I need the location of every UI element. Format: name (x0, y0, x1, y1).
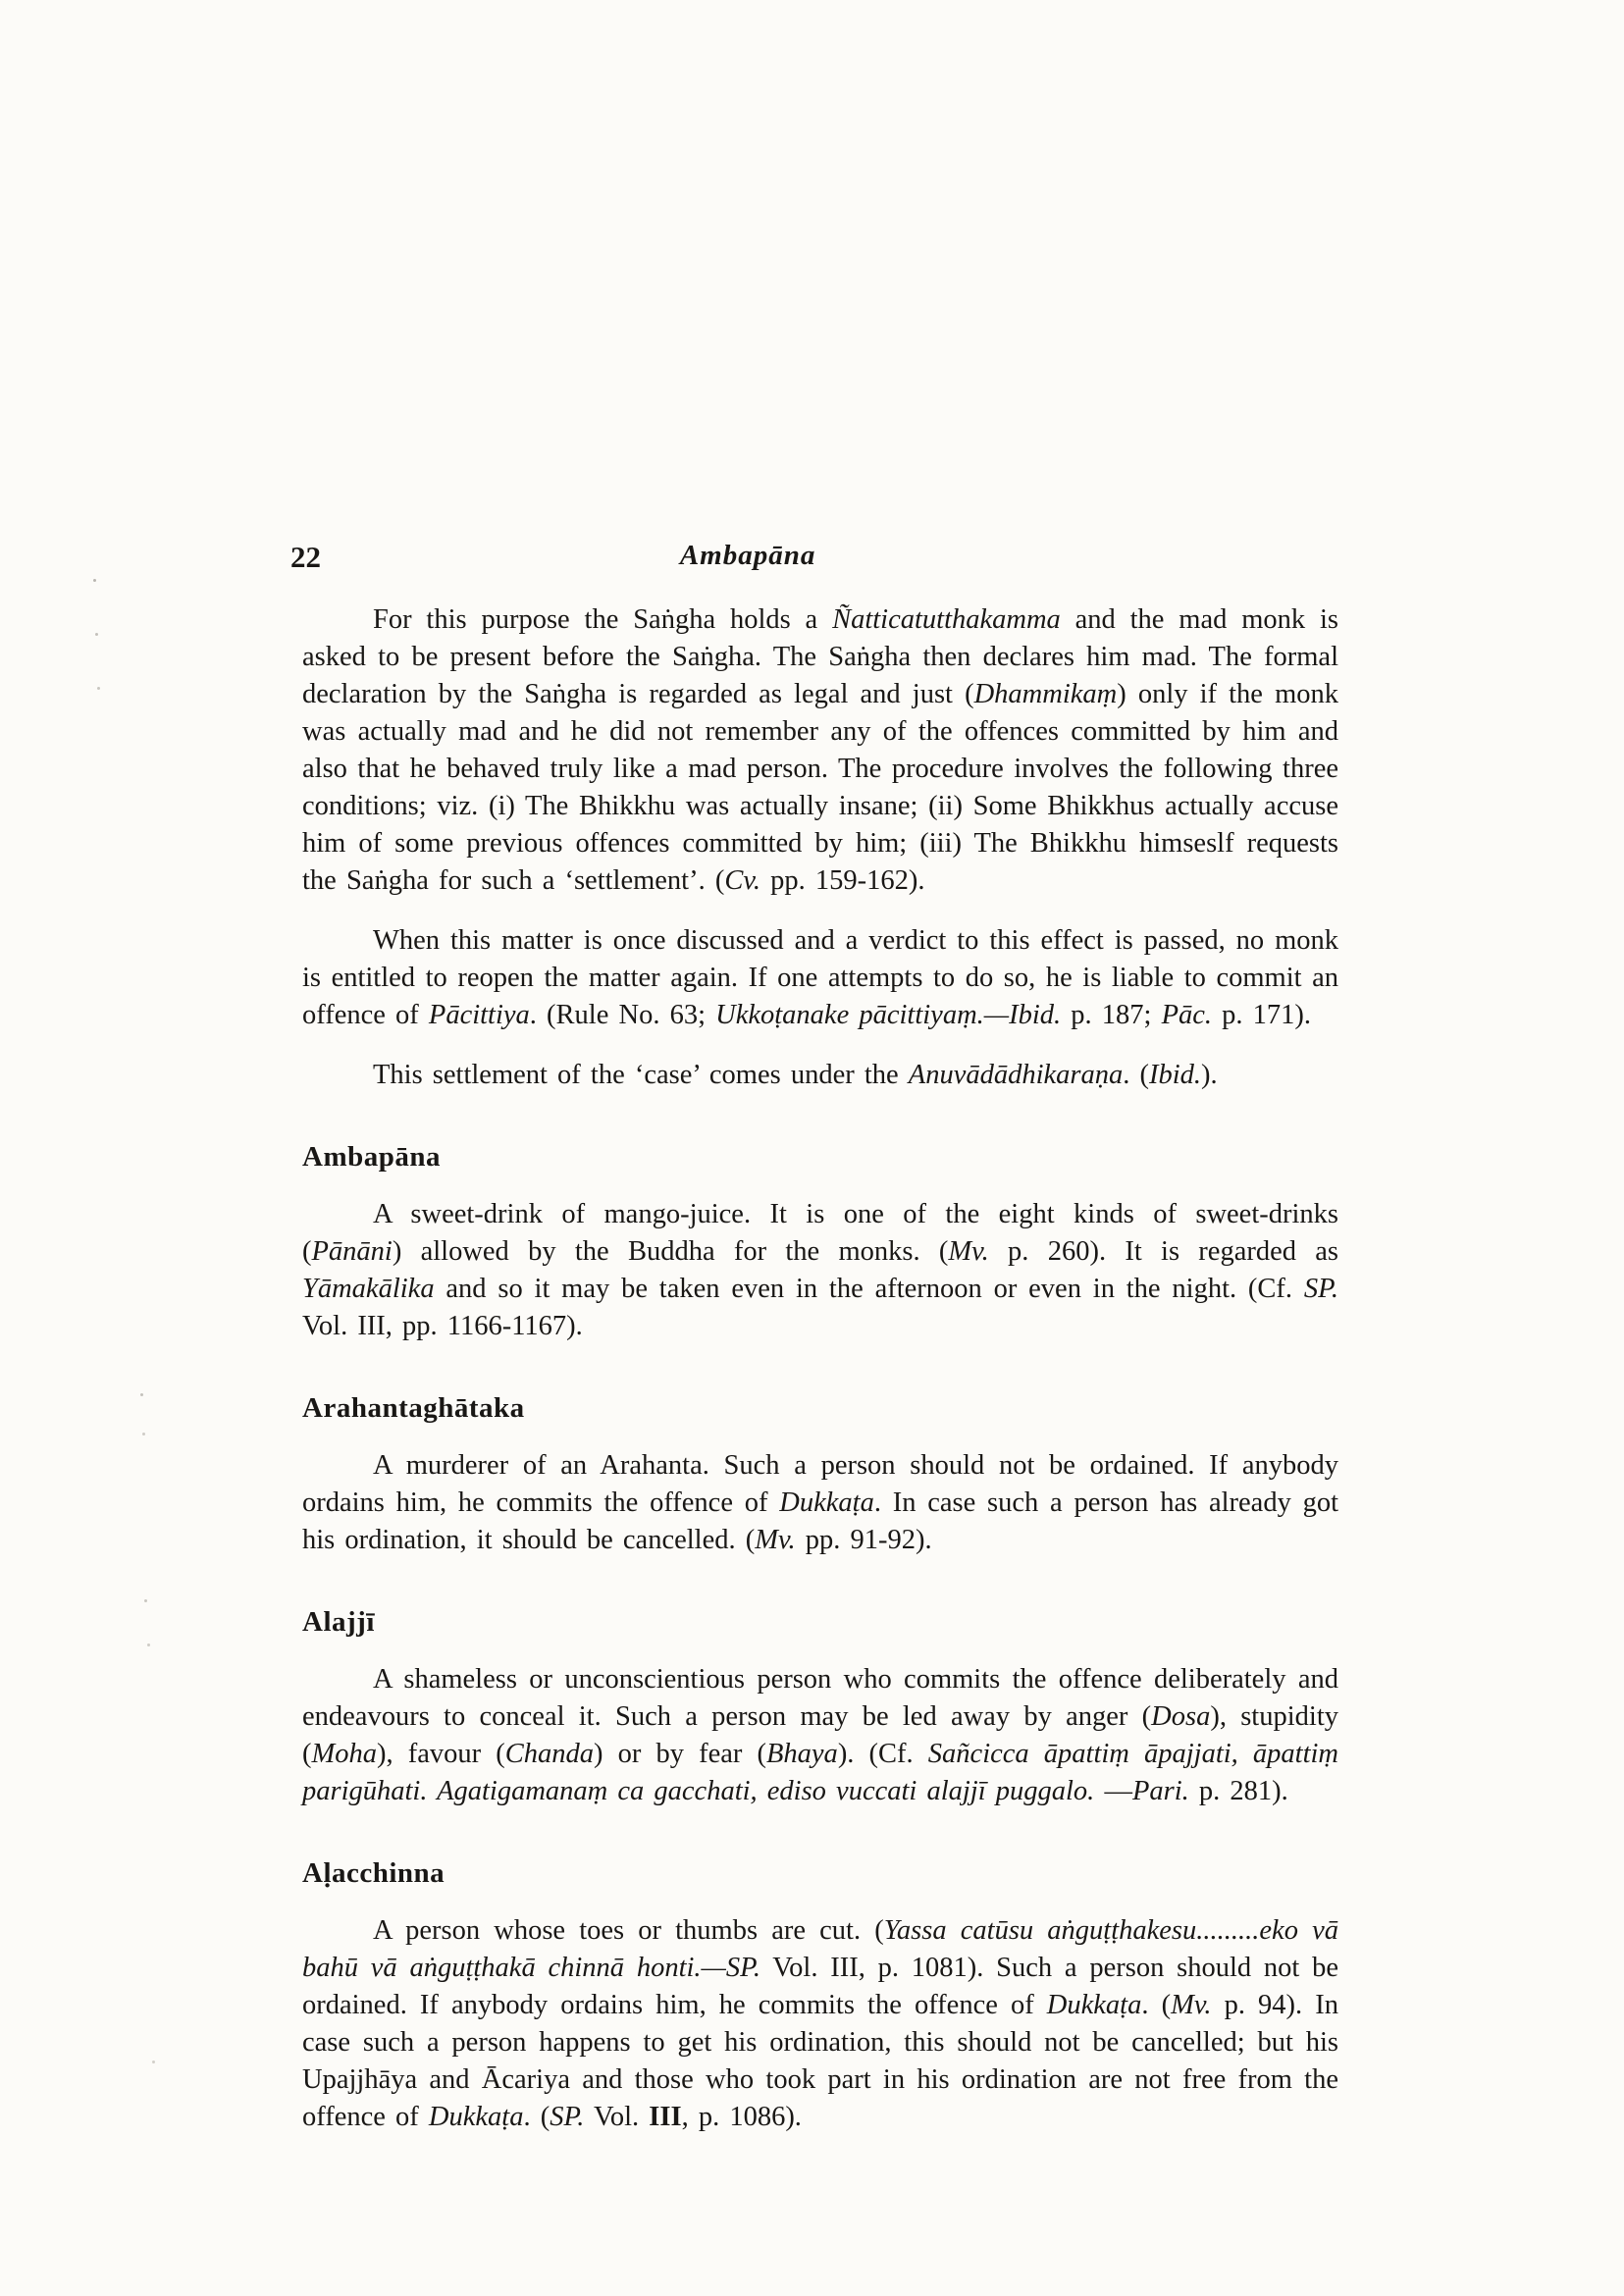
text-segment: Cv. (724, 865, 760, 896)
text-segment: p. 260). It is regarded as (989, 1236, 1338, 1267)
text-segment: Ukkoṭanake pācittiyaṃ.—Ibid. (715, 1000, 1061, 1030)
text-segment: Ñatticatutthakamma (832, 604, 1061, 635)
running-head: Ambapāna (680, 540, 816, 572)
text-segment: For this purpose the Saṅgha holds a (373, 604, 832, 635)
text-segment: Ibid. (1149, 1060, 1201, 1090)
entry-heading-alacchinna: Aḷacchinna (302, 1857, 1338, 1890)
text-segment: Vol. (584, 2102, 649, 2132)
text-segment: Mv. (755, 1525, 795, 1555)
text-segment: A person whose toes or thumbs are cut. ( (373, 1915, 884, 1946)
text-segment: ) only if the monk was actually mad and … (302, 679, 1338, 896)
text-segment: , p. 1086). (682, 2102, 802, 2132)
paragraph-madness-procedure: For this purpose the Saṅgha holds a Ñatt… (302, 601, 1338, 900)
text-segment: p. 171). (1212, 1000, 1311, 1030)
text-segment: p. 281). (1189, 1776, 1288, 1806)
entry-heading-arahantaghataka: Arahantaghātaka (302, 1392, 1338, 1425)
paragraph-case-category: This settlement of the ‘case’ comes unde… (302, 1057, 1338, 1094)
text-segment: and so it may be taken even in the after… (435, 1274, 1304, 1304)
entry-body-arahantaghataka: A murderer of an Arahanta. Such a person… (302, 1447, 1338, 1559)
entry-heading-ambapana: Ambapāna (302, 1141, 1338, 1174)
entry-body-alajji: A shameless or unconscientious person wh… (302, 1661, 1338, 1810)
text-segment: ). (Cf. (838, 1739, 928, 1769)
text-segment: . ( (523, 2102, 550, 2132)
text-segment: Chanda (505, 1739, 594, 1769)
entry-body-alacchinna: A person whose toes or thumbs are cut. (… (302, 1912, 1338, 2136)
text-segment: Anuvādādhikaraṇa (909, 1060, 1123, 1090)
text-segment: p. 187; (1061, 1000, 1161, 1030)
text-segment: SP. (1304, 1274, 1338, 1304)
text-segment: pp. 159-162). (760, 865, 924, 896)
text-segment: Dukkaṭa (779, 1487, 874, 1518)
text-segment: ). (1201, 1060, 1218, 1090)
text-segment: Pāc. (1162, 1000, 1212, 1030)
text-segment: Moha (312, 1739, 378, 1769)
text-segment: Bhaya (766, 1739, 838, 1769)
entry-heading-alajji: Alajjī (302, 1606, 1338, 1639)
paragraph-reopen-offence: When this matter is once discussed and a… (302, 922, 1338, 1034)
entry-body-ambapana: A sweet-drink of mango-juice. It is one … (302, 1196, 1338, 1345)
text-segment: This settlement of the ‘case’ comes unde… (373, 1060, 909, 1090)
page-header: 22 Ambapāna (302, 538, 1338, 579)
text-segment: Vol. III, pp. 1166-1167). (302, 1311, 583, 1341)
text-segment: Yāmakālika (302, 1274, 435, 1304)
text-segment: ), favour ( (377, 1739, 505, 1769)
text-segment: III (649, 2102, 681, 2132)
text-segment: ) or by fear ( (594, 1739, 766, 1769)
text-segment: Pānāni (312, 1236, 393, 1267)
text-segment: . (Rule No. 63; (530, 1000, 715, 1030)
text-segment: Dhammikaṃ (974, 679, 1118, 709)
text-segment: Pari. (1132, 1776, 1189, 1806)
scanned-book-page: 22 Ambapāna For this purpose the Saṅgha … (0, 0, 1624, 2296)
text-column: 22 Ambapāna For this purpose the Saṅgha … (302, 538, 1338, 2136)
text-segment: SP. (550, 2102, 584, 2132)
text-segment: Mv. (948, 1236, 988, 1267)
text-segment: . ( (1141, 1990, 1171, 2020)
text-segment: Mv. (1171, 1990, 1211, 2020)
text-segment: pp. 91-92). (796, 1525, 932, 1555)
text-segment: . ( (1123, 1060, 1149, 1090)
text-segment: Dukkaṭa (429, 2102, 524, 2132)
page-number: 22 (290, 540, 321, 575)
scan-speckles (93, 579, 96, 582)
text-segment: Pācittiya (429, 1000, 530, 1030)
text-segment: — (1094, 1776, 1132, 1806)
text-segment: ) allowed by the Buddha for the monks. ( (393, 1236, 949, 1267)
text-segment: Dukkaṭa (1047, 1990, 1142, 2020)
text-segment: Dosa (1151, 1701, 1210, 1732)
